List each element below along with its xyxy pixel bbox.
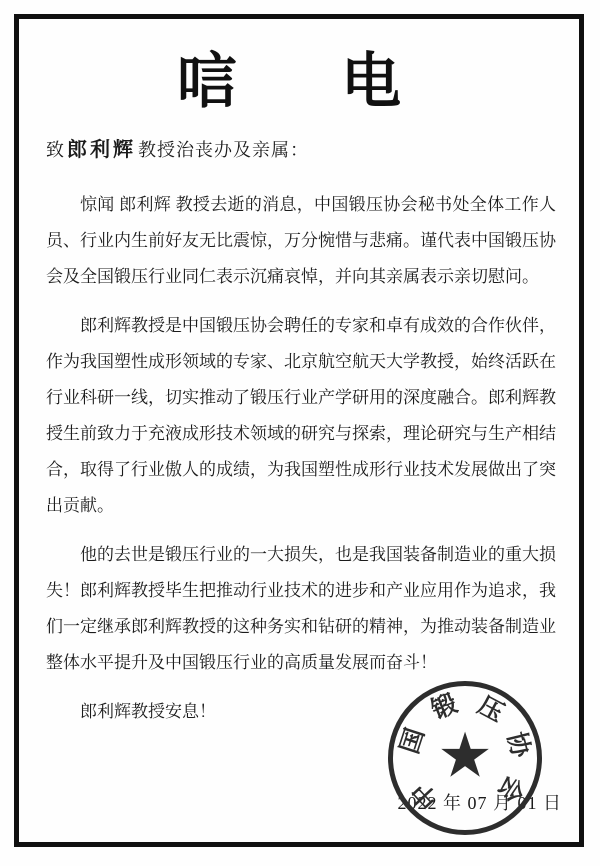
deceased-name: 郎利辉 — [65, 139, 138, 161]
seal-char: 会 — [489, 767, 531, 809]
seal-char: 国 — [395, 722, 433, 760]
condolence-letter-page: 唁 电 致郎利辉教授治丧办及亲属： 惊闻 郎利辉 教授去逝的消息，中国锻压协会秘… — [0, 0, 600, 866]
star-icon: ★ — [437, 725, 493, 787]
organization-seal: ★ 中 国 锻 压 协 会 — [388, 681, 542, 835]
seal-char: 协 — [499, 727, 535, 763]
salutation-line: 致郎利辉教授治丧办及亲属： — [46, 133, 309, 162]
paragraph-3: 他的去世是锻压行业的一大损失，也是我国装备制造业的重大损失！郎利辉教授毕生把推动… — [46, 537, 556, 681]
paragraph-1: 惊闻 郎利辉 教授去逝的消息，中国锻压协会秘书处全体工作人员、行业内生前好友无比… — [46, 187, 556, 295]
page-title: 唁 电 — [0, 34, 600, 120]
letter-body: 惊闻 郎利辉 教授去逝的消息，中国锻压协会秘书处全体工作人员、行业内生前好友无比… — [46, 187, 556, 730]
paragraph-2: 郎利辉教授是中国锻压协会聘任的专家和卓有成效的合作伙伴，作为我国塑性成形领域的专… — [46, 308, 556, 524]
salutation-prefix: 致 — [46, 140, 65, 160]
salutation-suffix: 教授治丧办及亲属： — [138, 140, 309, 160]
